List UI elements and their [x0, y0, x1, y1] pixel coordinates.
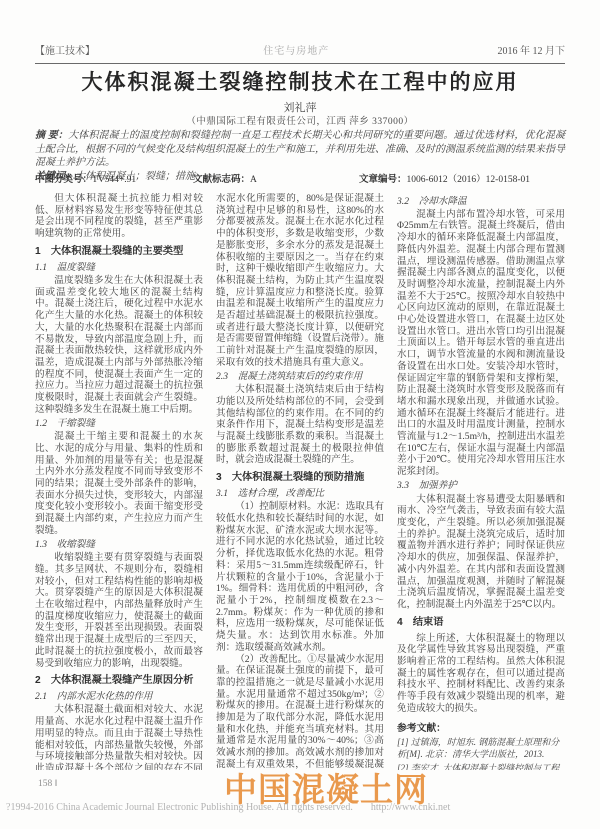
- body-columns: 但大体积混凝土抗拉能力相对较低、原材料容易发生形变等特征使其总是会出现不同程度的…: [35, 193, 565, 770]
- page-number: 158 ‖: [38, 779, 57, 789]
- subsection-heading: 3.3 加强养护: [397, 480, 565, 492]
- subsection-heading: 1.2 干缩裂缝: [35, 418, 203, 430]
- subsection-heading: 1.1 温度裂缝: [35, 262, 203, 274]
- section-heading: 1 大体积混凝土裂缝的主要类型: [35, 246, 203, 258]
- references-heading: 参考文献：: [397, 723, 565, 735]
- body-paragraph: 大体积混凝土浇筑结束后由于结构功能以及所处结构部位的不同，会受到其他结构部位的约…: [216, 384, 384, 466]
- body-paragraph: 大体积混凝土容易遭受太阳暴晒和雨水、冷空气袭击，导致表面有较大温度变化，产生裂缝…: [397, 494, 565, 611]
- body-paragraph: 混凝土干缩主要和混凝土的水灰比、水泥的成分与用量、集料的性质和用量、外加剂的用量…: [35, 431, 203, 536]
- copyright-line: ?1994-2016 China Academic Journal Electr…: [6, 802, 486, 813]
- issue-date: 2016 年 12 月下: [498, 42, 566, 57]
- cnki-url: http://www.cnki.net: [371, 802, 450, 813]
- subsection-heading: 3.1 选材合理，改善配比: [216, 488, 384, 500]
- article-id: 文章编号：1006-6012（2016）12-0158-01: [359, 171, 565, 185]
- body-column-2: 水泥水化所需要的，80%是保证混凝土浇筑过程中足够的和易性，这80%的水分都要被…: [216, 193, 384, 770]
- body-column-3: 3.2 冷却水降温混凝土内部布置冷却水管，可采用Φ25mm左右铁管。混凝土终凝后…: [397, 193, 565, 770]
- subsection-heading: 3.2 冷却水降温: [397, 196, 565, 208]
- document-code: 文献标志码：A: [193, 171, 359, 185]
- abstract-label: 摘 要：: [35, 130, 68, 141]
- abstract-paragraph: 摘 要：大体积混凝土的温度控制和裂缝控制一直是工程技术长期关心和共同研究的重要问…: [35, 129, 565, 170]
- body-paragraph: 混凝土内部布置冷却水管，可采用Φ25mm左右铁管。混凝土终凝后，借由冷却水的循环…: [397, 209, 565, 478]
- subsection-heading: 2.3 混凝土浇筑结束后的约束作用: [216, 371, 384, 383]
- abstract-text: 大体积混凝土的温度控制和裂缝控制一直是工程技术长期关心和共同研究的重要问题。通过…: [35, 130, 565, 168]
- reference-item: [1] 过镇海，时旭东. 钢筋混凝土原理和分析[M]. 北京：清华大学出版社，2…: [397, 737, 565, 760]
- journal-name: 住宅与房地产: [263, 42, 329, 57]
- article-title: 大体积混凝土裂缝控制技术在工程中的应用: [0, 66, 600, 96]
- journal-page: 【施工技术】 住宅与房地产 2016 年 12 月下 大体积混凝土裂缝控制技术在…: [0, 0, 600, 829]
- section-heading: 4 结束语: [397, 617, 565, 629]
- clc-number: 中图分类号：TV544+.91: [35, 171, 193, 185]
- section-heading: 3 大体积混凝土裂缝的预防措施: [216, 472, 384, 484]
- body-column-1: 但大体积混凝土抗拉能力相对较低、原材料容易发生形变等特征使其总是会出现不同程度的…: [35, 193, 203, 770]
- subsection-heading: 1.3 收缩裂缝: [35, 539, 203, 551]
- body-paragraph: 综上所述，大体积混凝土的物理以及化学属性导致其容易出现裂缝，严重影响着正常的工程…: [397, 633, 565, 715]
- column-label: 【施工技术】: [35, 42, 95, 57]
- classification-row: 中图分类号：TV544+.91 文献标志码：A 文章编号：1006-6012（2…: [35, 171, 565, 185]
- subsection-heading: 2.1 内部水泥水化热的作用: [35, 691, 203, 703]
- page-header: 【施工技术】 住宅与房地产 2016 年 12 月下: [35, 42, 565, 64]
- section-heading: 2 大体积混凝土裂缝产生原因分析: [35, 675, 203, 687]
- body-paragraph: 大体积混凝土截面相对较大、水泥用量高、水泥水化过程中混凝土温升作用明显的特点。而…: [35, 704, 203, 770]
- body-paragraph: （1）控制原材料。水泥：选取具有较低水化热和较长凝结时间的水泥，如粉煤灰水泥、矿…: [216, 501, 384, 653]
- body-paragraph: 温度裂缝多发生在大体积混凝土表面或温差变化较大地区的混凝土结构中。混凝土浇注后，…: [35, 275, 203, 415]
- body-paragraph: 收缩裂缝主要有贯穿裂缝与表面裂缝。其多呈网状、不规则分布，裂缝相对较小，但对工程…: [35, 552, 203, 669]
- body-paragraph: （2）改善配比。①尽量减少水泥用量。在保证混凝土强度的前提下，最可靠的控温措施之…: [216, 654, 384, 770]
- body-paragraph-continued: 水泥水化所需要的，80%是保证混凝土浇筑过程中足够的和易性，这80%的水分都要被…: [216, 193, 384, 369]
- body-paragraph: 但大体积混凝土抗拉能力相对较低、原材料容易发生形变等特征使其总是会出现不同程度的…: [35, 193, 203, 240]
- copyright-text: ?1994-2016 China Academic Journal Electr…: [6, 802, 353, 813]
- author-affiliation: （中鼎国际工程有限责任公司，江西 萍乡 337000）: [0, 113, 600, 127]
